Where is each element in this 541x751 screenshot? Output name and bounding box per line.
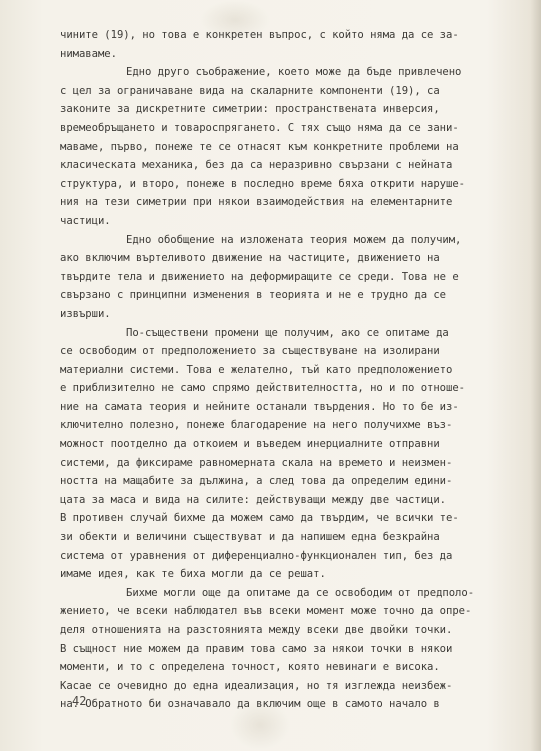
text-line: на. Обратното би означавало да включим о… bbox=[60, 695, 520, 714]
text-line: маваме, първо, понеже те се отнасят към … bbox=[60, 138, 520, 157]
text-line: законите за дискретните симетрии: простр… bbox=[60, 100, 520, 119]
text-line: ако включим въртеливото движение на част… bbox=[60, 249, 520, 268]
text-line: деля отношенията на разстоянията между в… bbox=[60, 621, 520, 640]
scanned-page: чините (19), но това е конкретен въпрос,… bbox=[0, 0, 541, 751]
text-line: се освободим от предположението за същес… bbox=[60, 342, 520, 361]
text-line: с цел за ограничаване вида на скаларните… bbox=[60, 82, 520, 101]
text-line: Едно друго съображение, което може да бъ… bbox=[60, 63, 520, 82]
text-line: зи обекти и величини съществуват и да на… bbox=[60, 528, 520, 547]
text-line: свързано с принципни изменения в теорият… bbox=[60, 286, 520, 305]
text-line: моменти, и то с определена точност, коят… bbox=[60, 658, 520, 677]
text-line: класическата механика, без да са неразри… bbox=[60, 156, 520, 175]
text-line: частици. bbox=[60, 212, 520, 231]
text-line: ността на мащабите за дължина, а след то… bbox=[60, 472, 520, 491]
text-line: материални системи. Това е желателно, тъ… bbox=[60, 361, 520, 380]
text-line: чините (19), но това е конкретен въпрос,… bbox=[60, 26, 520, 45]
text-line: нимаваме. bbox=[60, 45, 520, 64]
text-line: структура, и второ, понеже в последно вр… bbox=[60, 175, 520, 194]
text-line: системи, да фиксираме равномерната скала… bbox=[60, 454, 520, 473]
text-line: е приблизително не само спрямо действите… bbox=[60, 379, 520, 398]
text-line: можност поотделно да откоием и въведем и… bbox=[60, 435, 520, 454]
text-line: ключително полезно, понеже благодарение … bbox=[60, 416, 520, 435]
text-line: По-съществени промени ще получим, ако се… bbox=[60, 324, 520, 343]
text-line: извърши. bbox=[60, 305, 520, 324]
text-line: Касае се очевидно до една идеализация, н… bbox=[60, 677, 520, 696]
text-line: твърдите тела и движението на деформиращ… bbox=[60, 268, 520, 287]
text-line: имаме идея, как те биха могли да се реша… bbox=[60, 565, 520, 584]
text-line: В противен случай бихме да можем само да… bbox=[60, 509, 520, 528]
text-line: жението, че всеки наблюдател във всеки м… bbox=[60, 602, 520, 621]
text-line: Едно обобщение на изложената теория може… bbox=[60, 231, 520, 250]
text-line: В същност ние можем да правим това само … bbox=[60, 640, 520, 659]
body-text: чините (19), но това е конкретен въпрос,… bbox=[60, 26, 520, 714]
text-line: ние на самата теория и нейните останали … bbox=[60, 398, 520, 417]
text-line: система от уравнения от диференциално-фу… bbox=[60, 547, 520, 566]
page-number: 42 bbox=[72, 694, 86, 708]
text-line: Бихме могли още да опитаме да се освобод… bbox=[60, 584, 520, 603]
text-line: времеобръщането и товароспрягането. С тя… bbox=[60, 119, 520, 138]
text-line: цата за маса и вида на силите: действува… bbox=[60, 491, 520, 510]
text-line: ния на тези симетрии при някои взаимодей… bbox=[60, 193, 520, 212]
